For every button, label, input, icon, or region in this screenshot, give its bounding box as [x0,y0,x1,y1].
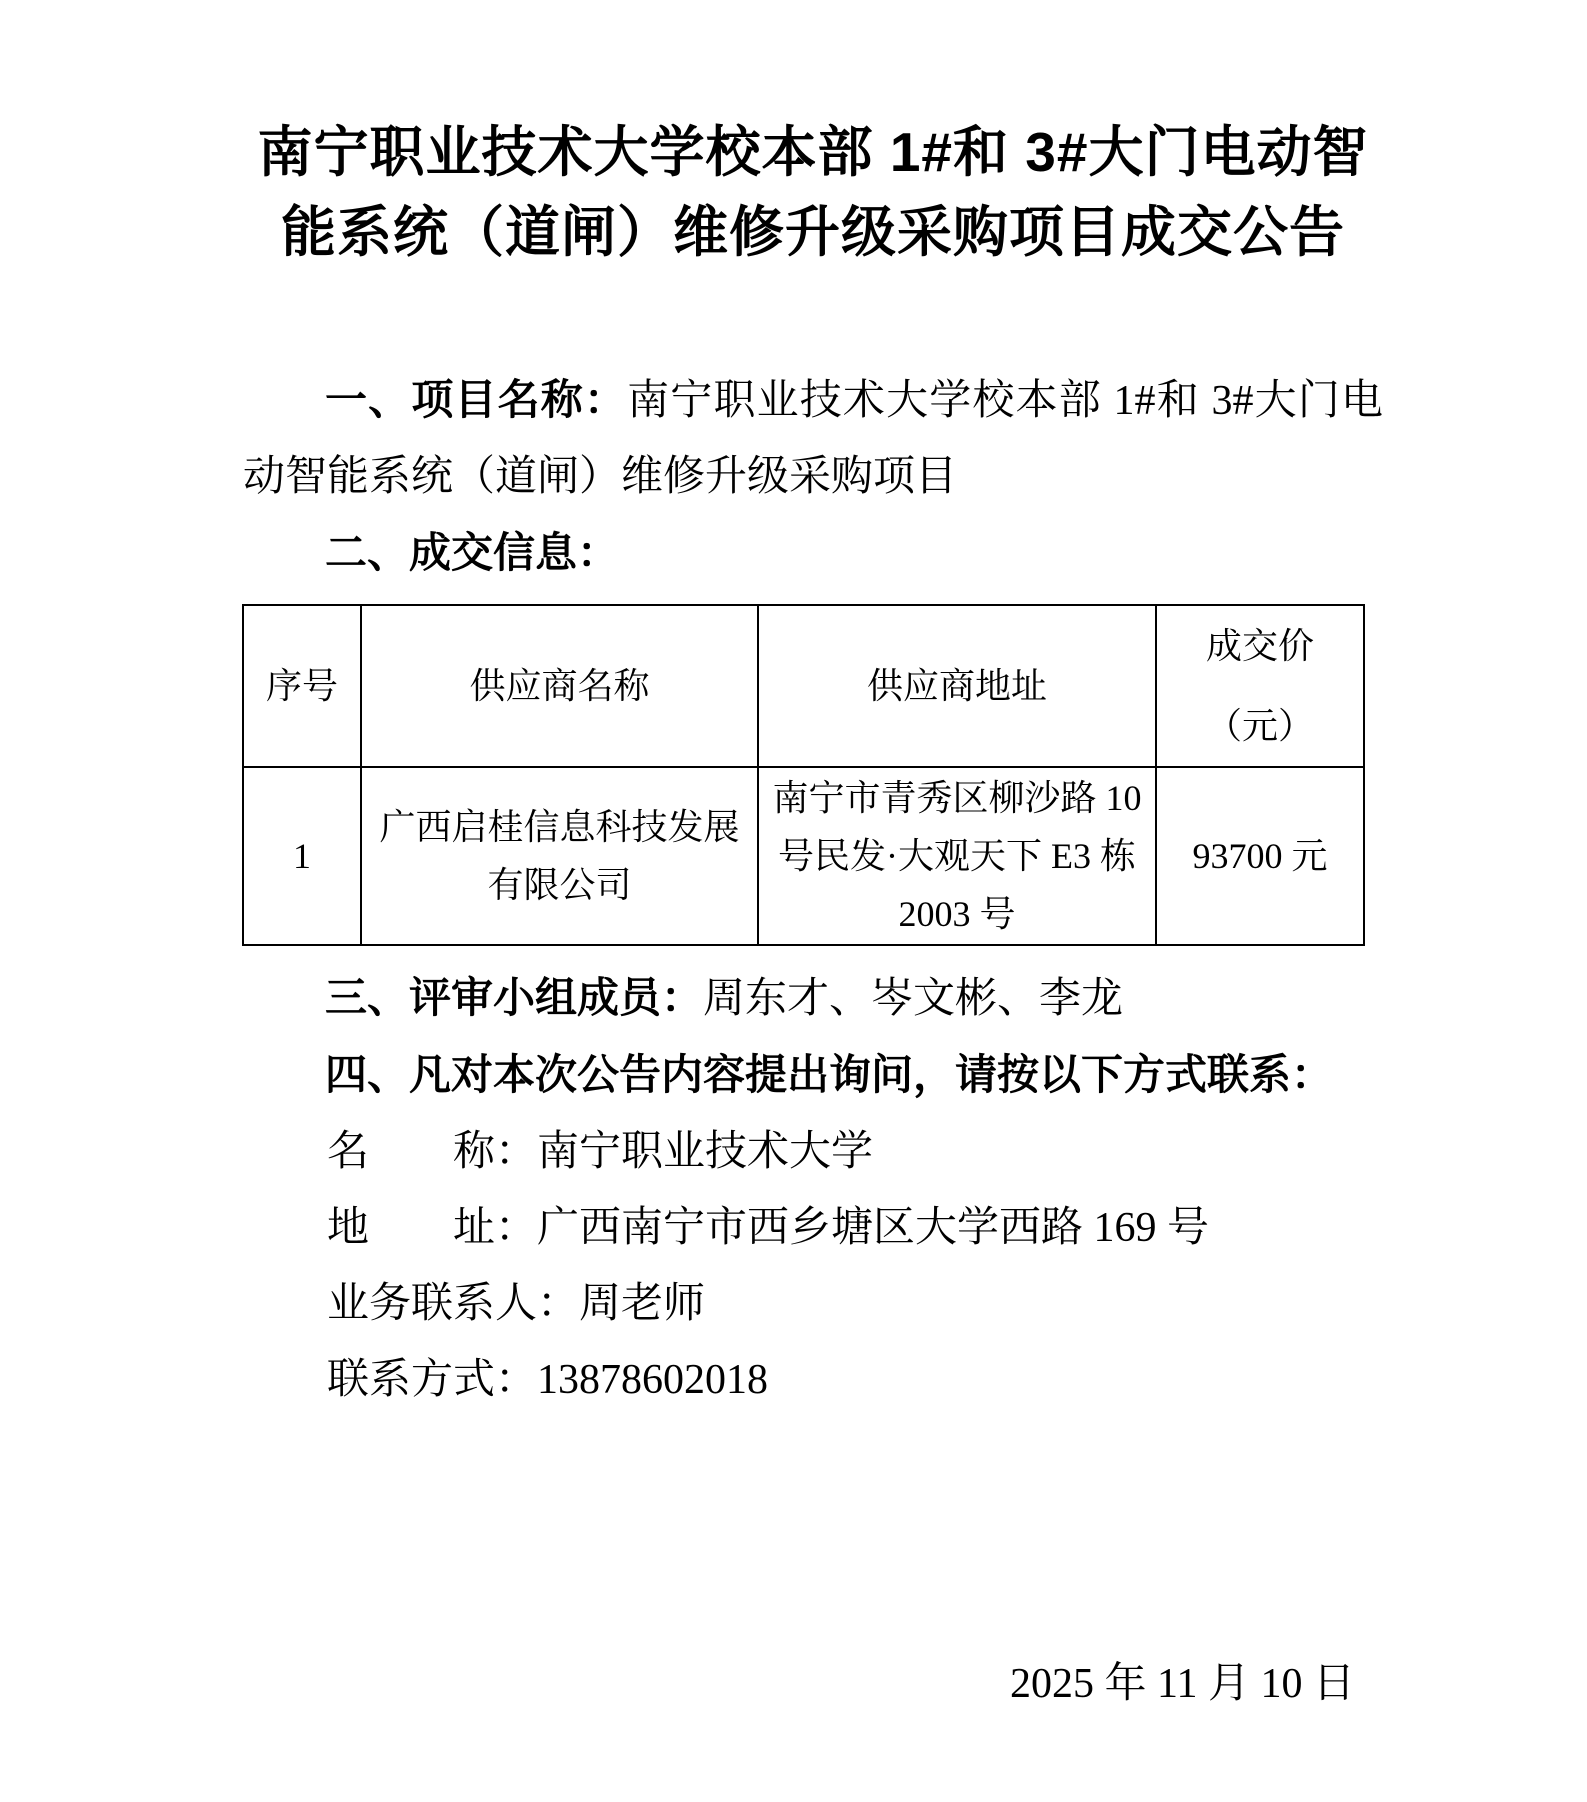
contact-address-label: 地 址： [327,1205,537,1251]
award-table: 序号 供应商名称 供应商地址 成交价 （元） 1 广西启桂信息科技发展有限公司 … [242,604,1365,946]
contact-line-phone: 联系方式：13878602018 [243,1342,1383,1418]
section-project-name-label: 一、项目名称： [325,376,627,423]
section-inquiry-notice: 四、凡对本次公告内容提出询问，请按以下方式联系： [243,1037,1383,1114]
header-award-price: 成交价 （元） [1156,605,1364,767]
cell-award-price: 93700 元 [1156,767,1364,945]
contact-line-person: 业务联系人：周老师 [243,1266,1383,1342]
section-project-name: 一、项目名称：南宁职业技术大学校本部 1#和 3#大门电动智能系统（道闸）维修升… [243,362,1383,515]
header-supplier-name: 供应商名称 [361,605,758,767]
section-award-info-heading: 二、成交信息： [243,515,1383,592]
announcement-date: 2025 年 11 月 10 日 [243,1646,1383,1722]
section-award-info-label: 二、成交信息： [325,529,619,576]
contact-name-label: 名 称： [327,1129,537,1175]
table-header-row: 序号 供应商名称 供应商地址 成交价 （元） [243,605,1364,767]
contact-address-value: 广西南宁市西乡塘区大学西路 169 号 [537,1205,1209,1251]
title-line-1: 南宁职业技术大学校本部 1#和 3#大门电动智 [243,112,1383,192]
section-inquiry-notice-label: 四、凡对本次公告内容提出询问，请按以下方式联系： [325,1051,1333,1098]
contact-phone-value: 13878602018 [537,1357,768,1403]
section-review-panel: 三、评审小组成员：周东才、岑文彬、李龙 [243,960,1383,1037]
contact-name-value: 南宁职业技术大学 [537,1129,873,1175]
cell-serial-number: 1 [243,767,361,945]
document-title: 南宁职业技术大学校本部 1#和 3#大门电动智 能系统（道闸）维修升级采购项目成… [243,112,1383,272]
contact-line-address: 地 址：广西南宁市西乡塘区大学西路 169 号 [243,1190,1383,1266]
contact-line-name: 名 称：南宁职业技术大学 [243,1114,1383,1190]
header-award-price-line-2: （元） [1165,686,1355,766]
contact-person-value: 周老师 [579,1281,705,1327]
contact-person-label: 业务联系人： [327,1281,579,1327]
section-review-panel-text: 周东才、岑文彬、李龙 [703,976,1123,1022]
table-data-row: 1 广西启桂信息科技发展有限公司 南宁市青秀区柳沙路 10 号民发·大观天下 E… [243,767,1364,945]
cell-supplier-address: 南宁市青秀区柳沙路 10 号民发·大观天下 E3 栋 2003 号 [758,767,1156,945]
title-line-2: 能系统（道闸）维修升级采购项目成交公告 [243,192,1383,272]
header-supplier-address: 供应商地址 [758,605,1156,767]
document-content: 南宁职业技术大学校本部 1#和 3#大门电动智 能系统（道闸）维修升级采购项目成… [243,112,1383,1722]
contact-phone-label: 联系方式： [327,1357,537,1403]
announcement-page: 南宁职业技术大学校本部 1#和 3#大门电动智 能系统（道闸）维修升级采购项目成… [0,0,1587,1802]
cell-supplier-name: 广西启桂信息科技发展有限公司 [361,767,758,945]
header-award-price-line-1: 成交价 [1165,606,1355,686]
header-serial-number: 序号 [243,605,361,767]
section-review-panel-label: 三、评审小组成员： [325,974,703,1021]
